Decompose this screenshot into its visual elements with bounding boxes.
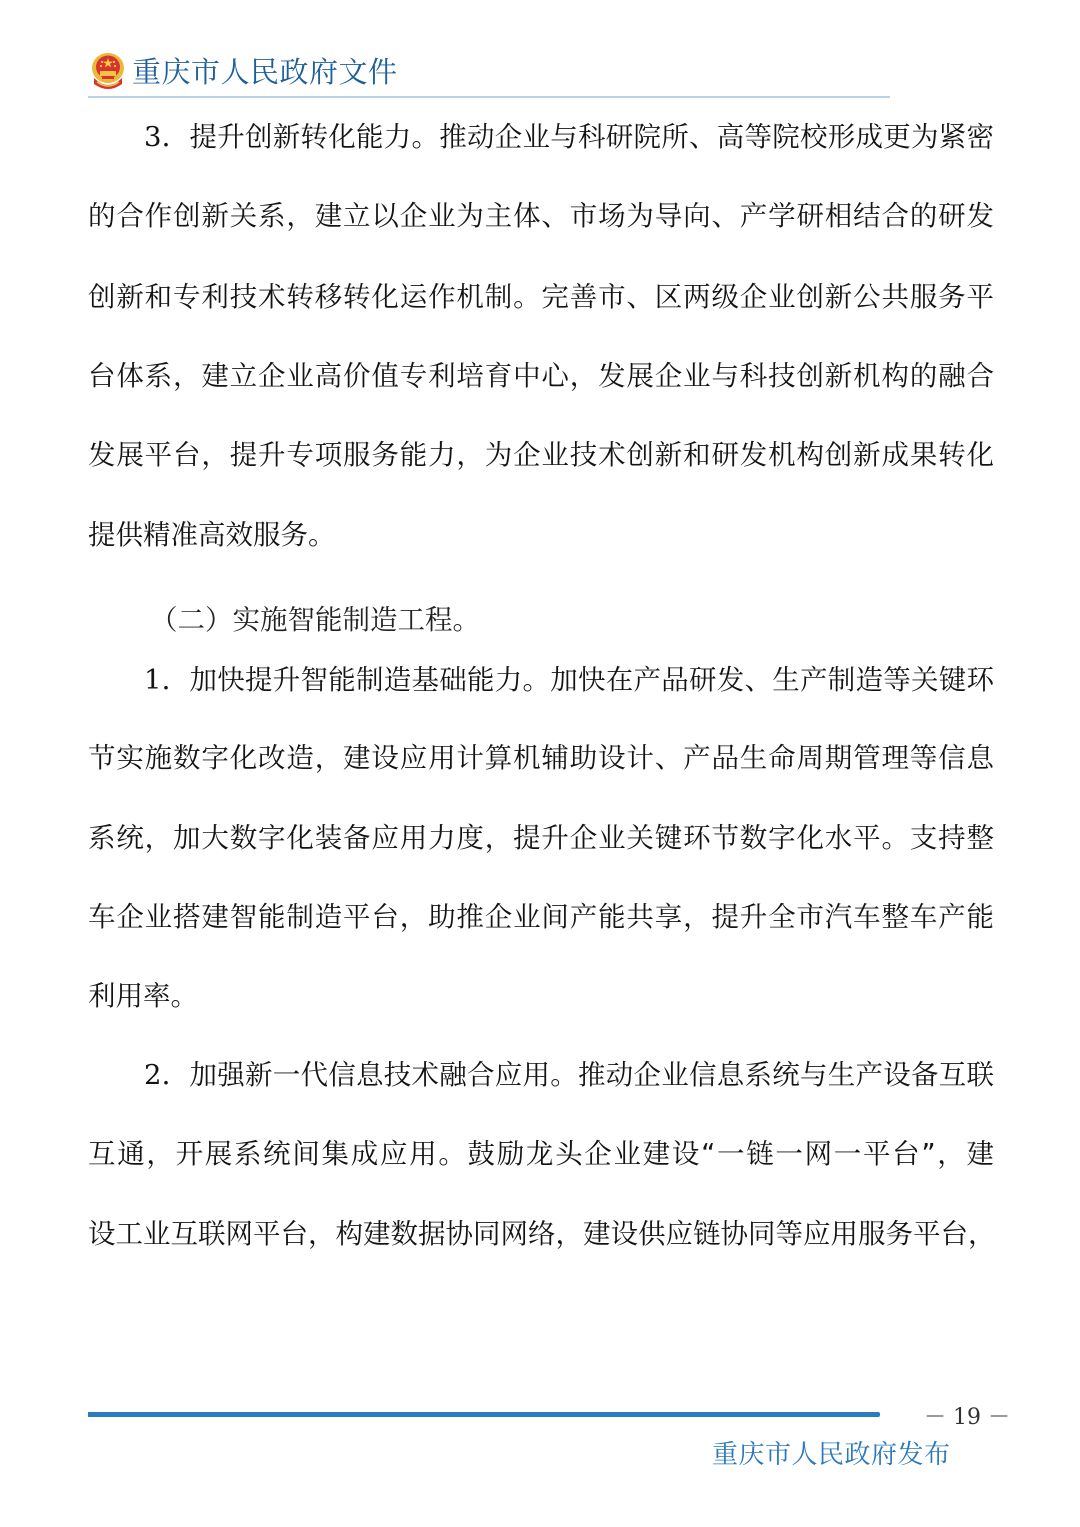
item-number: 3． — [144, 121, 190, 153]
line-text: 互通，开展系统间集成应用。鼓励龙头企业建设“一链一网一平台”，建 — [88, 1138, 994, 1170]
national-emblem-icon — [90, 52, 126, 92]
line-text: （二）实施智能制造工程。 — [150, 604, 480, 636]
paragraph-line: 创新和专利技术转移转化运作机制。完善市、区两级企业创新公共服务平 — [88, 277, 994, 317]
line-text: 利用率。 — [88, 980, 198, 1012]
page-number: － 19 － — [924, 1404, 996, 1432]
paragraph-line: 发展平台，提升专项服务能力，为企业技术创新和研发机构创新成果转化 — [88, 435, 994, 475]
line-text: 加强新一代信息技术融合应用。推动企业信息系统与生产设备互联 — [190, 1059, 995, 1091]
paragraph-line: 3．提升创新转化能力。推动企业与科研院所、高等院校形成更为紧密 — [144, 117, 994, 157]
paragraph-line: 节实施数字化改造，建设应用计算机辅助设计、产品生命周期管理等信息 — [88, 738, 994, 778]
item-number: 1． — [144, 664, 190, 696]
line-text: 提供精准高效服务。 — [88, 519, 336, 551]
line-text: 设工业互联网平台，构建数据协同网络，建设供应链协同等应用服务平台， — [88, 1218, 996, 1250]
line-text: 加快提升智能制造基础能力。加快在产品研发、生产制造等关键环 — [190, 664, 995, 696]
line-text: 节实施数字化改造，建设应用计算机辅助设计、产品生命周期管理等信息 — [88, 742, 994, 774]
paragraph-line: 利用率。 — [88, 976, 994, 1016]
publisher-label: 重庆市人民政府发布 — [712, 1438, 951, 1472]
paragraph-line: 2．加强新一代信息技术融合应用。推动企业信息系统与生产设备互联 — [144, 1055, 994, 1095]
line-text: 创新和专利技术转移转化运作机制。完善市、区两级企业创新公共服务平 — [88, 281, 994, 313]
line-text: 提升创新转化能力。推动企业与科研院所、高等院校形成更为紧密 — [190, 121, 995, 153]
paragraph-line: 1．加快提升智能制造基础能力。加快在产品研发、生产制造等关键环 — [144, 660, 994, 700]
footer-divider — [88, 1412, 880, 1417]
line-text: 的合作创新关系，建立以企业为主体、市场为导向、产学研相结合的研发 — [88, 200, 994, 232]
paragraph-line: 提供精准高效服务。 — [88, 515, 994, 555]
section-heading: （二）实施智能制造工程。 — [150, 600, 994, 640]
header-divider — [88, 96, 890, 98]
paragraph-line: 设工业互联网平台，构建数据协同网络，建设供应链协同等应用服务平台， — [88, 1214, 994, 1254]
document-title: 重庆市人民政府文件 — [132, 54, 398, 90]
paragraph-line: 互通，开展系统间集成应用。鼓励龙头企业建设“一链一网一平台”，建 — [88, 1134, 994, 1174]
paragraph-line: 的合作创新关系，建立以企业为主体、市场为导向、产学研相结合的研发 — [88, 196, 994, 236]
line-text: 车企业搭建智能制造平台，助推企业间产能共享，提升全市汽车整车产能 — [88, 901, 994, 933]
document-header: 重庆市人民政府文件 — [88, 48, 890, 100]
paragraph-line: 台体系，建立企业高价值专利培育中心，发展企业与科技创新机构的融合 — [88, 356, 994, 396]
item-number: 2． — [144, 1059, 190, 1091]
line-text: 台体系，建立企业高价值专利培育中心，发展企业与科技创新机构的融合 — [88, 360, 994, 392]
paragraph-line: 系统，加大数字化装备应用力度，提升企业关键环节数字化水平。支持整 — [88, 818, 994, 858]
line-text: 系统，加大数字化装备应用力度，提升企业关键环节数字化水平。支持整 — [88, 822, 994, 854]
line-text: 发展平台，提升专项服务能力，为企业技术创新和研发机构创新成果转化 — [88, 439, 994, 471]
paragraph-line: 车企业搭建智能制造平台，助推企业间产能共享，提升全市汽车整车产能 — [88, 897, 994, 937]
